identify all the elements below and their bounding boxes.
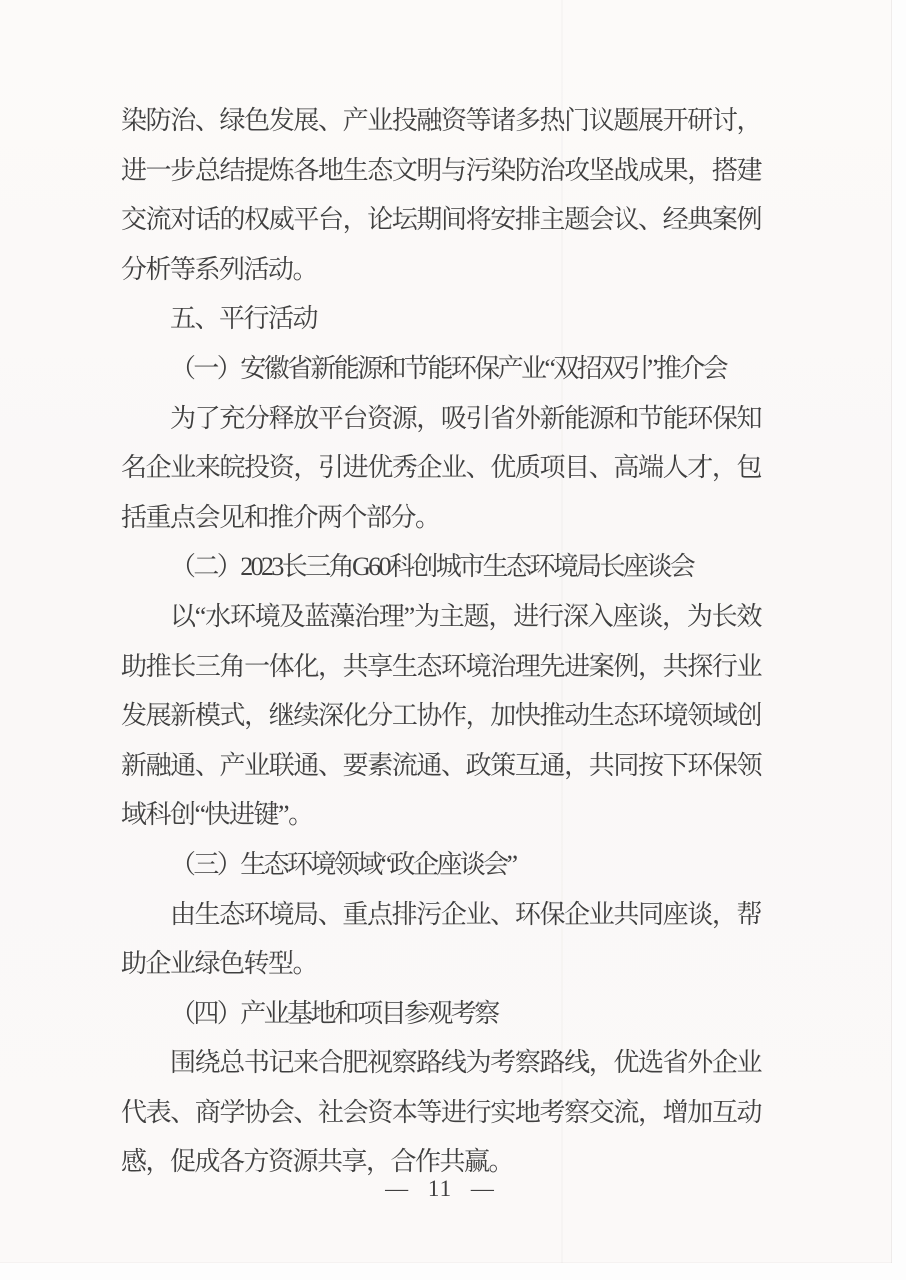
heading-paragraph: 五、平行活动 (121, 294, 761, 344)
body-paragraph: 染防治、绿色发展、产业投融资等诸多热门议题展开研讨，进一步总结提炼各地生态文明与… (121, 96, 761, 294)
heading-paragraph: （二）2023长三角G60科创城市生态环境局长座谈会 (121, 542, 761, 592)
document-page: 染防治、绿色发展、产业投融资等诸多热门议题展开研讨，进一步总结提炼各地生态文明与… (0, 0, 892, 1263)
scanned-document-viewport: 染防治、绿色发展、产业投融资等诸多热门议题展开研讨，进一步总结提炼各地生态文明与… (0, 0, 906, 1280)
body-paragraph: 以“水环境及蓝藻治理”为主题，进行深入座谈，为长效助推长三角一体化，共享生态环境… (121, 592, 761, 840)
body-paragraph: 由生态环境局、重点排污企业、环保企业共同座谈，帮助企业绿色转型。 (121, 890, 761, 989)
body-paragraph: 为了充分释放平台资源，吸引省外新能源和节能环保知名企业来皖投资，引进优秀企业、优… (121, 394, 761, 543)
body-paragraph: 围绕总书记来合肥视察路线为考察路线，优选省外企业代表、商学协会、社会资本等进行实… (121, 1038, 761, 1187)
page-number: — 11 — (0, 1174, 880, 1204)
heading-paragraph: （三）生态环境领域“政企座谈会” (121, 840, 761, 890)
heading-paragraph: （一）安徽省新能源和节能环保产业“双招双引”推介会 (121, 344, 761, 394)
heading-paragraph: （四）产业基地和项目参观考察 (121, 989, 761, 1039)
document-body: 染防治、绿色发展、产业投融资等诸多热门议题展开研讨，进一步总结提炼各地生态文明与… (121, 96, 761, 1187)
